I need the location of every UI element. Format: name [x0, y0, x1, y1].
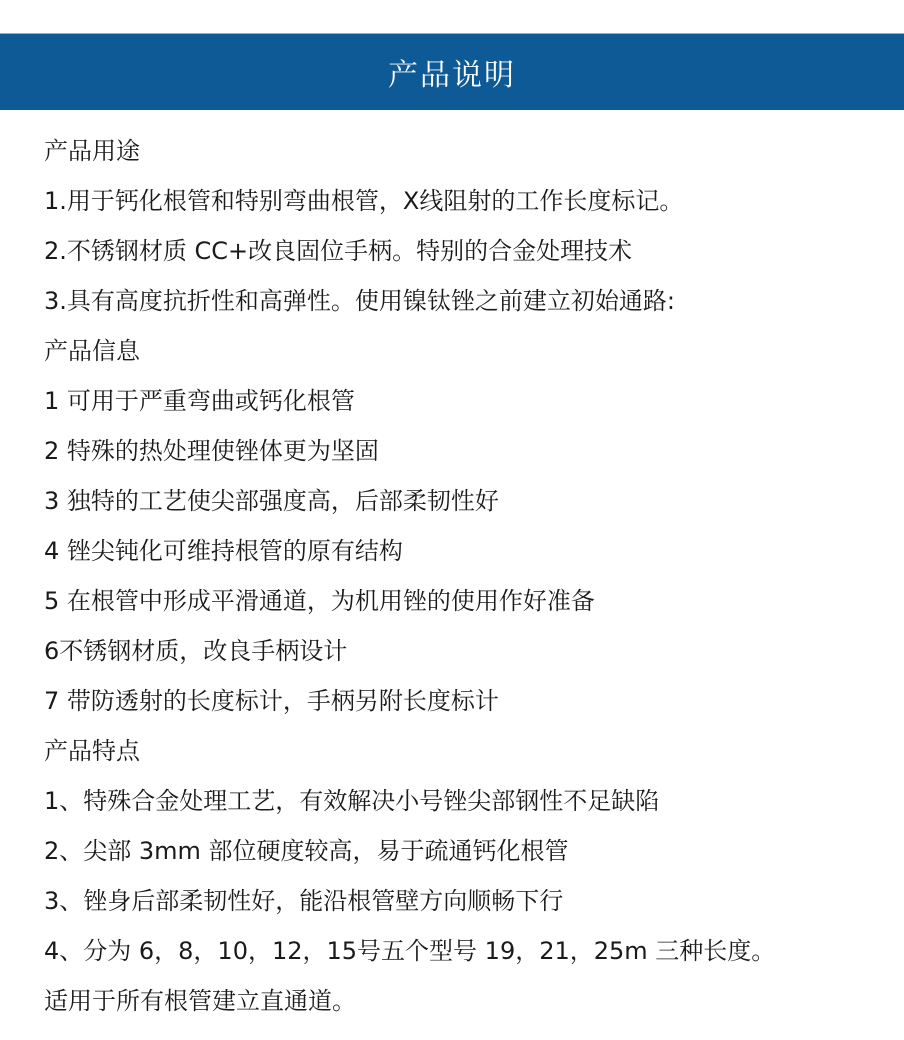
- text-line: 4、分为 6，8，10，12，15号五个型号 19，21，25m 三种长度。: [44, 926, 874, 976]
- text-line: 7 带防透射的长度标计，手柄另附长度标计: [44, 676, 874, 726]
- text-line: 适用于所有根管建立直通道。: [44, 976, 874, 1026]
- text-line: 6不锈钢材质，改良手柄设计: [44, 626, 874, 676]
- text-line: 3 独特的工艺使尖部强度高，后部柔韧性好: [44, 476, 874, 526]
- text-line: 3、锉身后部柔韧性好，能沿根管壁方向顺畅下行: [44, 876, 874, 926]
- text-line: 2、尖部 3mm 部位硬度较高，易于疏通钙化根管: [44, 826, 874, 876]
- text-line: 2 特殊的热处理使锉体更为坚固: [44, 426, 874, 476]
- text-line: 2.不锈钢材质 CC+改良固位手柄。特别的合金处理技术: [44, 226, 874, 276]
- page-title: 产品说明: [388, 50, 516, 94]
- text-line: 4 锉尖钝化可维持根管的原有结构: [44, 526, 874, 576]
- text-line: 5 在根管中形成平滑通道，为机用锉的使用作好准备: [44, 576, 874, 626]
- text-line: 1、特殊合金处理工艺，有效解决小号锉尖部钢性不足缺陷: [44, 776, 874, 826]
- section-heading-info: 产品信息: [44, 326, 874, 376]
- section-heading-features: 产品特点: [44, 726, 874, 776]
- description-content: 产品用途 1.用于钙化根管和特别弯曲根管，X线阻射的工作长度标记。 2.不锈钢材…: [44, 126, 874, 1026]
- product-description-page: 产品说明 产品用途 1.用于钙化根管和特别弯曲根管，X线阻射的工作长度标记。 2…: [0, 0, 904, 1040]
- header-bar: 产品说明: [0, 33, 904, 110]
- text-line: 3.具有高度抗折性和高弹性。使用镍钛锉之前建立初始通路:: [44, 276, 874, 326]
- text-line: 1.用于钙化根管和特别弯曲根管，X线阻射的工作长度标记。: [44, 176, 874, 226]
- text-line: 1 可用于严重弯曲或钙化根管: [44, 376, 874, 426]
- section-heading-uses: 产品用途: [44, 126, 874, 176]
